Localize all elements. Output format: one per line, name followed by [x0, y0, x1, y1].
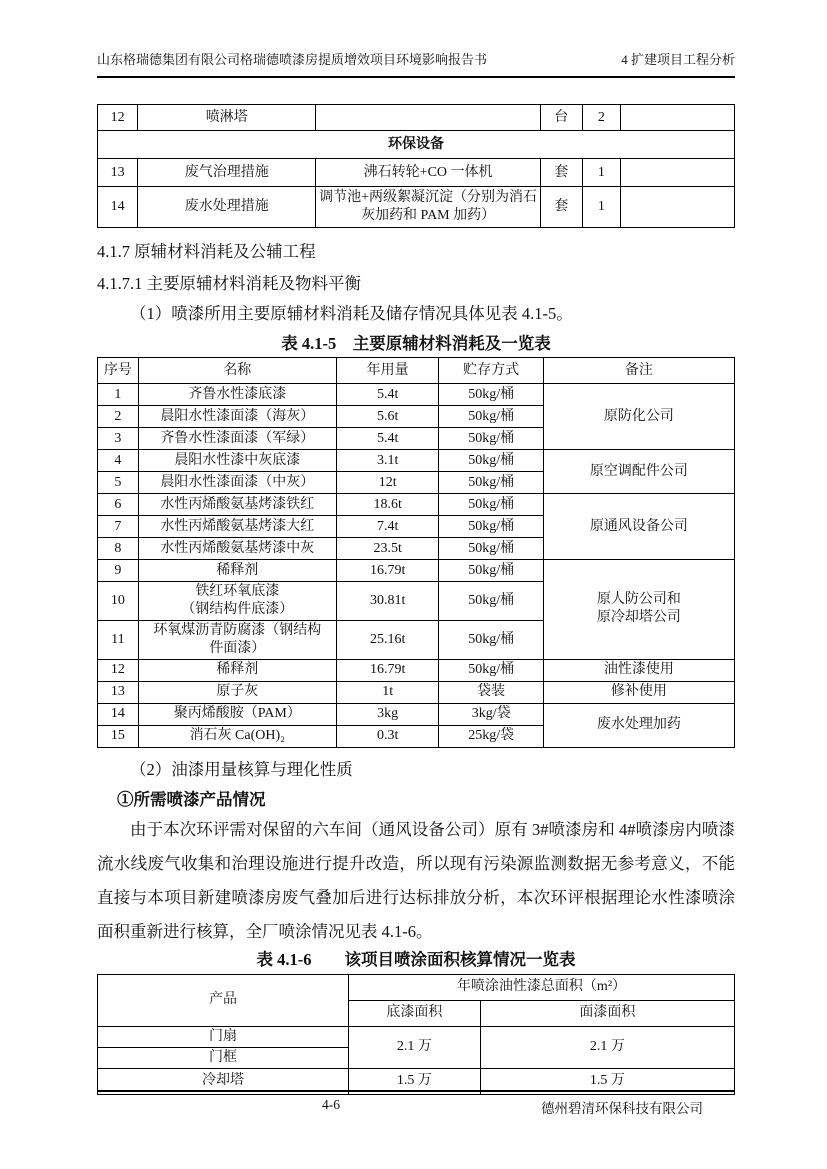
table-row: 门扇 2.1 万 2.1 万 [98, 1026, 735, 1047]
cell-qty: 0.3t [336, 725, 439, 747]
cell-name: 聚丙烯酸胺（PAM） [138, 703, 336, 725]
table-row: 13 原子灰 1t 袋装 修补使用 [98, 681, 735, 703]
cell-storage: 50kg/桶 [439, 538, 543, 560]
cell-storage: 50kg/桶 [439, 659, 543, 681]
cell-qty: 12t [336, 472, 439, 494]
table-row: 4 晨阳水性漆中灰底漆 3.1t 50kg/桶 原空调配件公司 [98, 450, 735, 472]
col-header-storage: 贮存方式 [439, 358, 543, 384]
cell-storage: 袋装 [439, 681, 543, 703]
cell-name: 晨阳水性漆面漆（海灰） [138, 406, 336, 428]
paragraph-2: （2）油漆用量核算与理化性质 [97, 759, 735, 781]
cell-storage: 50kg/桶 [439, 428, 543, 450]
table-415-caption: 表 4.1-5 主要原辅材料消耗及一览表 [97, 333, 735, 355]
cell-name: 原子灰 [138, 681, 336, 703]
cell-storage: 50kg/桶 [439, 450, 543, 472]
cell-qty: 23.5t [336, 538, 439, 560]
cell-storage: 50kg/桶 [439, 472, 543, 494]
col-header-primer-area: 底漆面积 [348, 1000, 480, 1026]
cell-name: 废水处理措施 [138, 187, 316, 228]
heading-circle-1: ①所需喷漆产品情况 [97, 789, 735, 811]
cell-storage: 50kg/桶 [439, 560, 543, 582]
footer-company: 德州碧清环保科技有限公司 [541, 1097, 703, 1117]
table-row: 12 喷淋塔 台 2 [98, 105, 735, 131]
cell-storage: 50kg/桶 [439, 406, 543, 428]
cell-qty: 7.4t [336, 516, 439, 538]
table-row: 14 废水处理措施 调节池+两级絮凝沉淀（分别为消石 灰加药和 PAM 加药） … [98, 187, 735, 228]
table-row: 12 稀释剂 16.79t 50kg/桶 油性漆使用 [98, 659, 735, 681]
cell-spec: 调节池+两级絮凝沉淀（分别为消石 灰加药和 PAM 加药） [316, 187, 540, 228]
header-left-title: 山东格瑞德集团有限公司格瑞德喷漆房提质增效项目环境影响报告书 [97, 51, 487, 68]
cell-qty: 5.4t [336, 384, 439, 406]
cell-qty: 1 [582, 187, 620, 228]
heading-4-1-7: 4.1.7 原辅材料消耗及公辅工程 [97, 241, 735, 263]
header-row: 产品 年喷涂油性漆总面积（m²） [98, 974, 735, 1000]
table-row: 9 稀释剂 16.79t 50kg/桶 原人防公司和 原冷却塔公司 [98, 560, 735, 582]
col-header-qty: 年用量 [336, 358, 439, 384]
coating-area-table: 产品 年喷涂油性漆总面积（m²） 底漆面积 面漆面积 门扇 2.1 万 2.1 … [97, 974, 735, 1095]
section-label: 环保设备 [98, 131, 735, 159]
cell-name: 废气治理措施 [138, 159, 316, 187]
cell-name: 消石灰 Ca(OH)₂ [138, 725, 336, 747]
document-page: 山东格瑞德集团有限公司格瑞德喷漆房提质增效项目环境影响报告书 4 扩建项目工程分… [0, 0, 827, 1169]
cell-remark [620, 105, 734, 131]
col-header-topcoat-area: 面漆面积 [480, 1000, 734, 1026]
cell-no: 3 [98, 428, 139, 450]
cell-product: 门扇 [98, 1026, 349, 1047]
cell-spec: 沸石转轮+CO 一体机 [316, 159, 540, 187]
cell-name: 齐鲁水性漆面漆（军绿） [138, 428, 336, 450]
cell-no: 4 [98, 450, 139, 472]
cell-storage: 3kg/袋 [439, 703, 543, 725]
cell-no: 12 [98, 105, 138, 131]
page-footer: 4-6 德州碧清环保科技有限公司 [97, 1090, 735, 1116]
cell-remark: 原通风设备公司 [543, 494, 734, 560]
cell-remark [620, 159, 734, 187]
cell-no: 9 [98, 560, 139, 582]
col-header-remark: 备注 [543, 358, 734, 384]
cell-no: 6 [98, 494, 139, 516]
cell-no: 5 [98, 472, 139, 494]
cell-qty: 1 [582, 159, 620, 187]
table-row: 6 水性丙烯酸氨基烤漆铁红 18.6t 50kg/桶 原通风设备公司 [98, 494, 735, 516]
cell-unit: 套 [540, 187, 582, 228]
cell-storage: 25kg/袋 [439, 725, 543, 747]
header-row: 序号 名称 年用量 贮存方式 备注 [98, 358, 735, 384]
cell-name: 喷淋塔 [138, 105, 316, 131]
cell-qty: 5.6t [336, 406, 439, 428]
cell-remark: 油性漆使用 [543, 659, 734, 681]
cell-qty: 5.4t [336, 428, 439, 450]
cell-no: 7 [98, 516, 139, 538]
materials-table: 序号 名称 年用量 贮存方式 备注 1 齐鲁水性漆底漆 5.4t 50kg/桶 … [97, 357, 735, 748]
col-header-total-area: 年喷涂油性漆总面积（m²） [348, 974, 734, 1000]
cell-name: 晨阳水性漆中灰底漆 [138, 450, 336, 472]
cell-storage: 50kg/桶 [439, 582, 543, 621]
cell-storage: 50kg/桶 [439, 620, 543, 659]
cell-no: 12 [98, 659, 139, 681]
cell-no: 10 [98, 582, 139, 621]
cell-remark [620, 187, 734, 228]
table-row: 13 废气治理措施 沸石转轮+CO 一体机 套 1 [98, 159, 735, 187]
cell-storage: 50kg/桶 [439, 384, 543, 406]
cell-no: 11 [98, 620, 139, 659]
col-header-name: 名称 [138, 358, 336, 384]
cell-no: 13 [98, 159, 138, 187]
cell-topcoat-area: 2.1 万 [480, 1026, 734, 1068]
equipment-table: 12 喷淋塔 台 2 环保设备 13 废气治理措施 沸石转轮+CO 一体机 套 … [97, 104, 735, 228]
cell-spec [316, 105, 540, 131]
col-header-no: 序号 [98, 358, 139, 384]
cell-remark: 修补使用 [543, 681, 734, 703]
heading-4-1-7-1: 4.1.7.1 主要原辅材料消耗及物料平衡 [97, 273, 735, 295]
cell-name: 环氧煤沥青防腐漆（钢结构 件面漆） [138, 620, 336, 659]
cell-name: 晨阳水性漆面漆（中灰） [138, 472, 336, 494]
page-number: 4-6 [322, 1097, 340, 1113]
col-header-product: 产品 [98, 974, 349, 1026]
cell-name: 稀释剂 [138, 659, 336, 681]
section-row: 环保设备 [98, 131, 735, 159]
body-paragraph: 由于本次环评需对保留的六车间（通风设备公司）原有 3#喷漆房和 4#喷漆房内喷漆… [97, 813, 735, 949]
paragraph-1: （1）喷漆所用主要原辅材料消耗及储存情况具体见表 4.1-5。 [97, 303, 735, 325]
cell-name: 水性丙烯酸氨基烤漆铁红 [138, 494, 336, 516]
cell-remark: 原防化公司 [543, 384, 734, 450]
cell-no: 14 [98, 703, 139, 725]
cell-storage: 50kg/桶 [439, 516, 543, 538]
cell-name: 水性丙烯酸氨基烤漆中灰 [138, 538, 336, 560]
cell-remark: 废水处理加药 [543, 703, 734, 747]
cell-product: 门框 [98, 1047, 349, 1068]
cell-name: 水性丙烯酸氨基烤漆大红 [138, 516, 336, 538]
cell-name: 稀释剂 [138, 560, 336, 582]
cell-qty: 25.16t [336, 620, 439, 659]
cell-primer-area: 2.1 万 [348, 1026, 480, 1068]
table-416-caption: 表 4.1-6 该项目喷涂面积核算情况一览表 [97, 949, 735, 971]
cell-unit: 台 [540, 105, 582, 131]
cell-no: 15 [98, 725, 139, 747]
cell-no: 13 [98, 681, 139, 703]
table-row: 14 聚丙烯酸胺（PAM） 3kg 3kg/袋 废水处理加药 [98, 703, 735, 725]
cell-qty: 16.79t [336, 659, 439, 681]
cell-qty: 2 [582, 105, 620, 131]
cell-storage: 50kg/桶 [439, 494, 543, 516]
cell-qty: 1t [336, 681, 439, 703]
cell-remark: 原人防公司和 原冷却塔公司 [543, 560, 734, 660]
cell-name: 齐鲁水性漆底漆 [138, 384, 336, 406]
cell-no: 1 [98, 384, 139, 406]
cell-qty: 16.79t [336, 560, 439, 582]
cell-no: 8 [98, 538, 139, 560]
cell-remark: 原空调配件公司 [543, 450, 734, 494]
cell-name: 铁红环氧底漆 （钢结构件底漆） [138, 582, 336, 621]
cell-no: 2 [98, 406, 139, 428]
cell-qty: 18.6t [336, 494, 439, 516]
cell-qty: 3kg [336, 703, 439, 725]
cell-no: 14 [98, 187, 138, 228]
header-right-chapter: 4 扩建项目工程分析 [621, 51, 735, 68]
cell-qty: 30.81t [336, 582, 439, 621]
cell-unit: 套 [540, 159, 582, 187]
page-header: 山东格瑞德集团有限公司格瑞德喷漆房提质增效项目环境影响报告书 4 扩建项目工程分… [97, 0, 735, 78]
table-row: 1 齐鲁水性漆底漆 5.4t 50kg/桶 原防化公司 [98, 384, 735, 406]
cell-qty: 3.1t [336, 450, 439, 472]
